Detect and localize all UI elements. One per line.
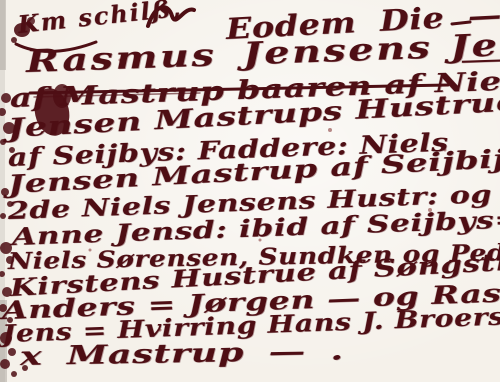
child-name-underlined: Jens bbox=[450, 26, 500, 66]
manuscript-line: x Mastrup — . bbox=[20, 336, 344, 372]
manuscript-page: Km schilß, Eodem Die — Rasmus JensensJen… bbox=[0, 0, 500, 382]
